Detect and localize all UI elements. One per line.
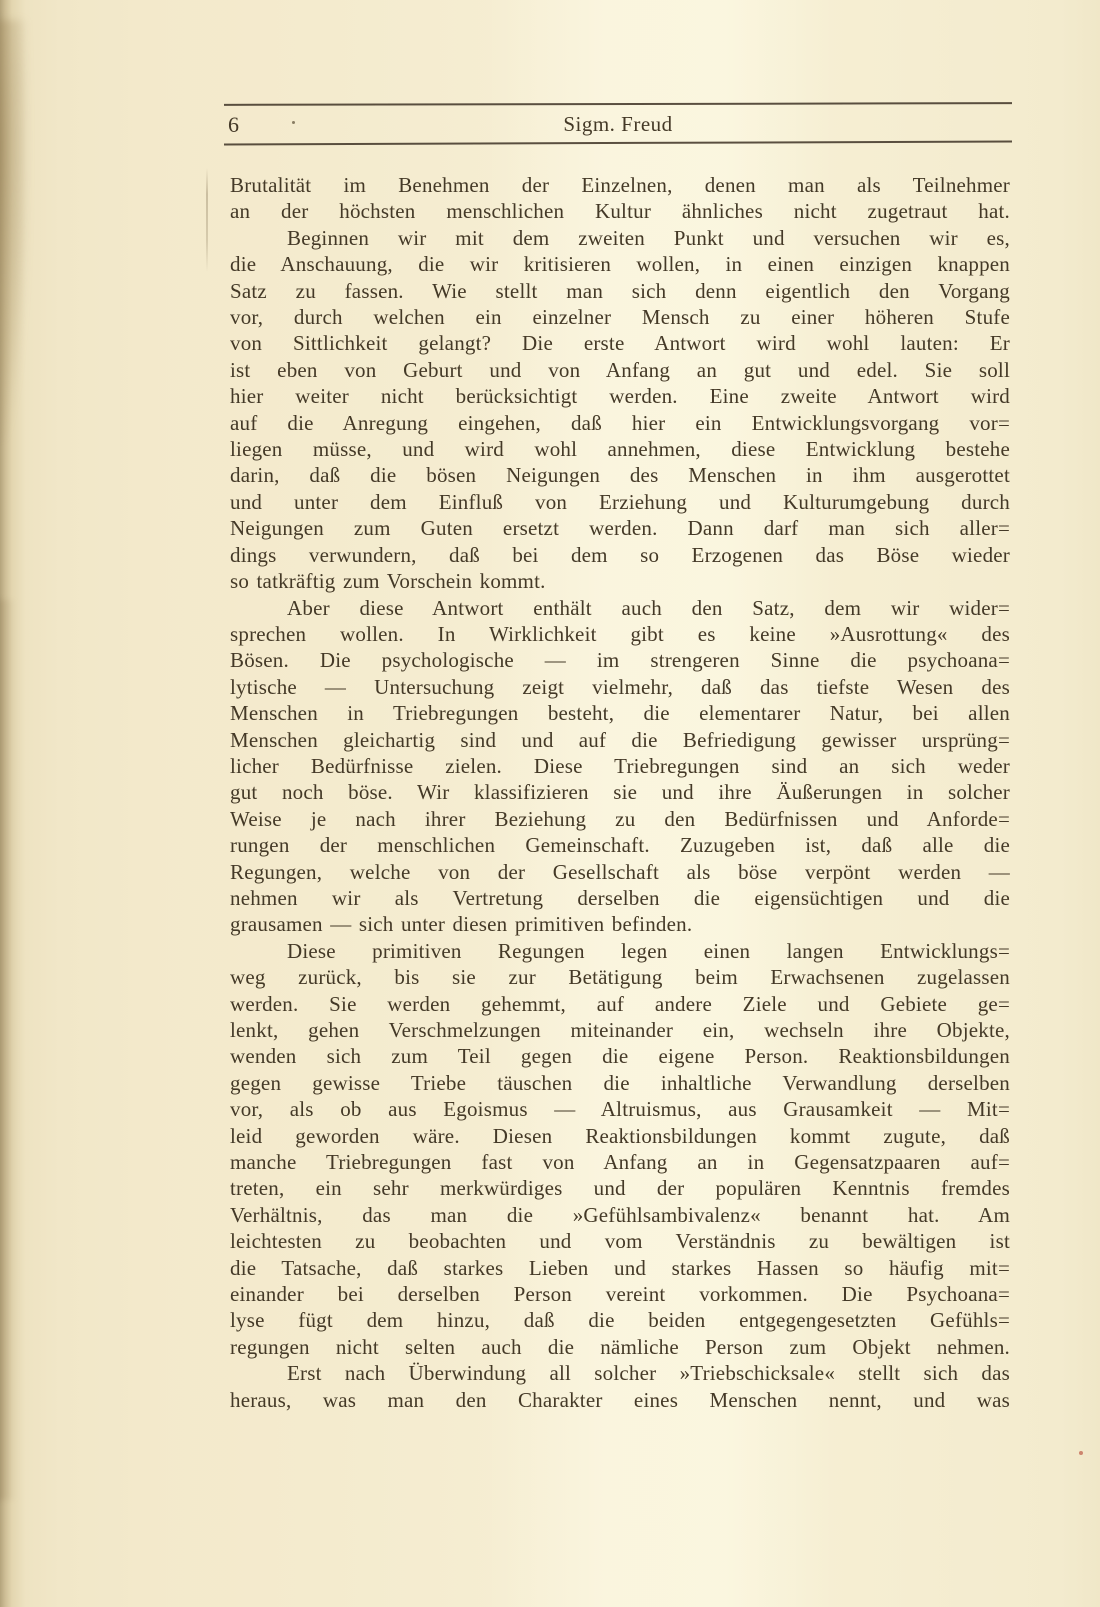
page-header: 6 Sigm. Freud xyxy=(224,103,1012,144)
text-line: wenden sich zum Teil gegen die eigene Pe… xyxy=(230,1043,1010,1069)
text-block: Brutalität im Benehmen der Einzelnen, de… xyxy=(230,172,1010,1413)
text-line: Neigungen zum Guten ersetzt werden. Dann… xyxy=(230,515,1010,541)
paper-speck xyxy=(1079,1451,1083,1455)
text-line: Aber diese Antwort enthält auch den Satz… xyxy=(230,595,1010,621)
text-line: Satz zu fassen. Wie stellt man sich denn… xyxy=(230,278,1010,304)
text-line: Regungen, welche von der Gesellschaft al… xyxy=(230,859,1010,885)
text-line: von Sittlichkeit gelangt? Die erste Antw… xyxy=(230,330,1010,356)
text-line: hier weiter nicht berücksichtigt werden.… xyxy=(230,383,1010,409)
text-line: Menschen gleichartig sind und auf die Be… xyxy=(230,727,1010,753)
text-line: Menschen in Triebregungen besteht, die e… xyxy=(230,700,1010,726)
text-line: einander bei derselben Person vereint vo… xyxy=(230,1281,1010,1307)
text-line: ist eben von Geburt und von Anfang an gu… xyxy=(230,357,1010,383)
text-line: Beginnen wir mit dem zweiten Punkt und v… xyxy=(230,225,1010,251)
text-line: und unter dem Einfluß von Erziehung und … xyxy=(230,489,1010,515)
text-line: Erst nach Überwindung all solcher »Trieb… xyxy=(230,1360,1010,1386)
text-line: Brutalität im Benehmen der Einzelnen, de… xyxy=(230,172,1010,198)
text-line: werden. Sie werden gehemmt, auf andere Z… xyxy=(230,991,1010,1017)
text-line: grausamen — sich unter diesen primitiven… xyxy=(230,911,1010,937)
text-line: sprechen wollen. In Wirklichkeit gibt es… xyxy=(230,621,1010,647)
scanned-book-page: 6 Sigm. Freud Brutalität im Benehmen der… xyxy=(0,0,1100,1607)
page-edge-shading xyxy=(0,20,28,440)
text-line: licher Bedürfnisse zielen. Diese Triebre… xyxy=(230,753,1010,779)
text-line: heraus, was man den Charakter eines Mens… xyxy=(230,1387,1010,1413)
text-line: rungen der menschlichen Gemeinschaft. Zu… xyxy=(230,832,1010,858)
text-line: vor, durch welchen ein einzelner Mensch … xyxy=(230,304,1010,330)
text-line: regungen nicht selten auch die nämliche … xyxy=(230,1334,1010,1360)
text-line: lyse fügt dem hinzu, daß die beiden entg… xyxy=(230,1307,1010,1333)
text-line: Diese primitiven Regungen legen einen la… xyxy=(230,938,1010,964)
text-line: die Anschauung, die wir kritisieren woll… xyxy=(230,251,1010,277)
text-line: vor, als ob aus Egoismus — Altruismus, a… xyxy=(230,1096,1010,1122)
page-edge-shading-lower xyxy=(0,600,16,1500)
text-line: gegen gewisse Triebe täuschen die inhalt… xyxy=(230,1070,1010,1096)
paper-crease xyxy=(206,168,208,272)
text-line: lytische — Untersuchung zeigt vielmehr, … xyxy=(230,674,1010,700)
text-line: Weise je nach ihrer Beziehung zu den Bed… xyxy=(230,806,1010,832)
text-line: nehmen wir als Vertretung derselben die … xyxy=(230,885,1010,911)
text-line: liegen müsse, und wird wohl annehmen, di… xyxy=(230,436,1010,462)
running-head: Sigm. Freud xyxy=(224,112,1012,137)
text-line: gut noch böse. Wir klassifizieren sie un… xyxy=(230,779,1010,805)
text-line: leid geworden wäre. Diesen Reaktionsbild… xyxy=(230,1123,1010,1149)
text-line: Verhältnis, das man die »Gefühlsambivale… xyxy=(230,1202,1010,1228)
text-line: lenkt, gehen Verschmelzungen miteinander… xyxy=(230,1017,1010,1043)
text-line: darin, daß die bösen Neigungen des Mensc… xyxy=(230,462,1010,488)
text-line: weg zurück, bis sie zur Betätigung beim … xyxy=(230,964,1010,990)
text-line: dings verwundern, daß bei dem so Erzogen… xyxy=(230,542,1010,568)
text-line: an der höchsten menschlichen Kultur ähnl… xyxy=(230,198,1010,224)
text-line: auf die Anregung eingehen, daß hier ein … xyxy=(230,410,1010,436)
text-line: Bösen. Die psychologische — im strengere… xyxy=(230,647,1010,673)
text-line: die Tatsache, daß starkes Lieben und sta… xyxy=(230,1255,1010,1281)
text-line: treten, ein sehr merkwürdiges und der po… xyxy=(230,1175,1010,1201)
text-line: leichtesten zu beobachten und vom Verstä… xyxy=(230,1228,1010,1254)
header-row: 6 Sigm. Freud xyxy=(224,105,1012,142)
text-line: manche Triebregungen fast von Anfang an … xyxy=(230,1149,1010,1175)
text-line: so tatkräftig zum Vorschein kommt. xyxy=(230,568,1010,594)
